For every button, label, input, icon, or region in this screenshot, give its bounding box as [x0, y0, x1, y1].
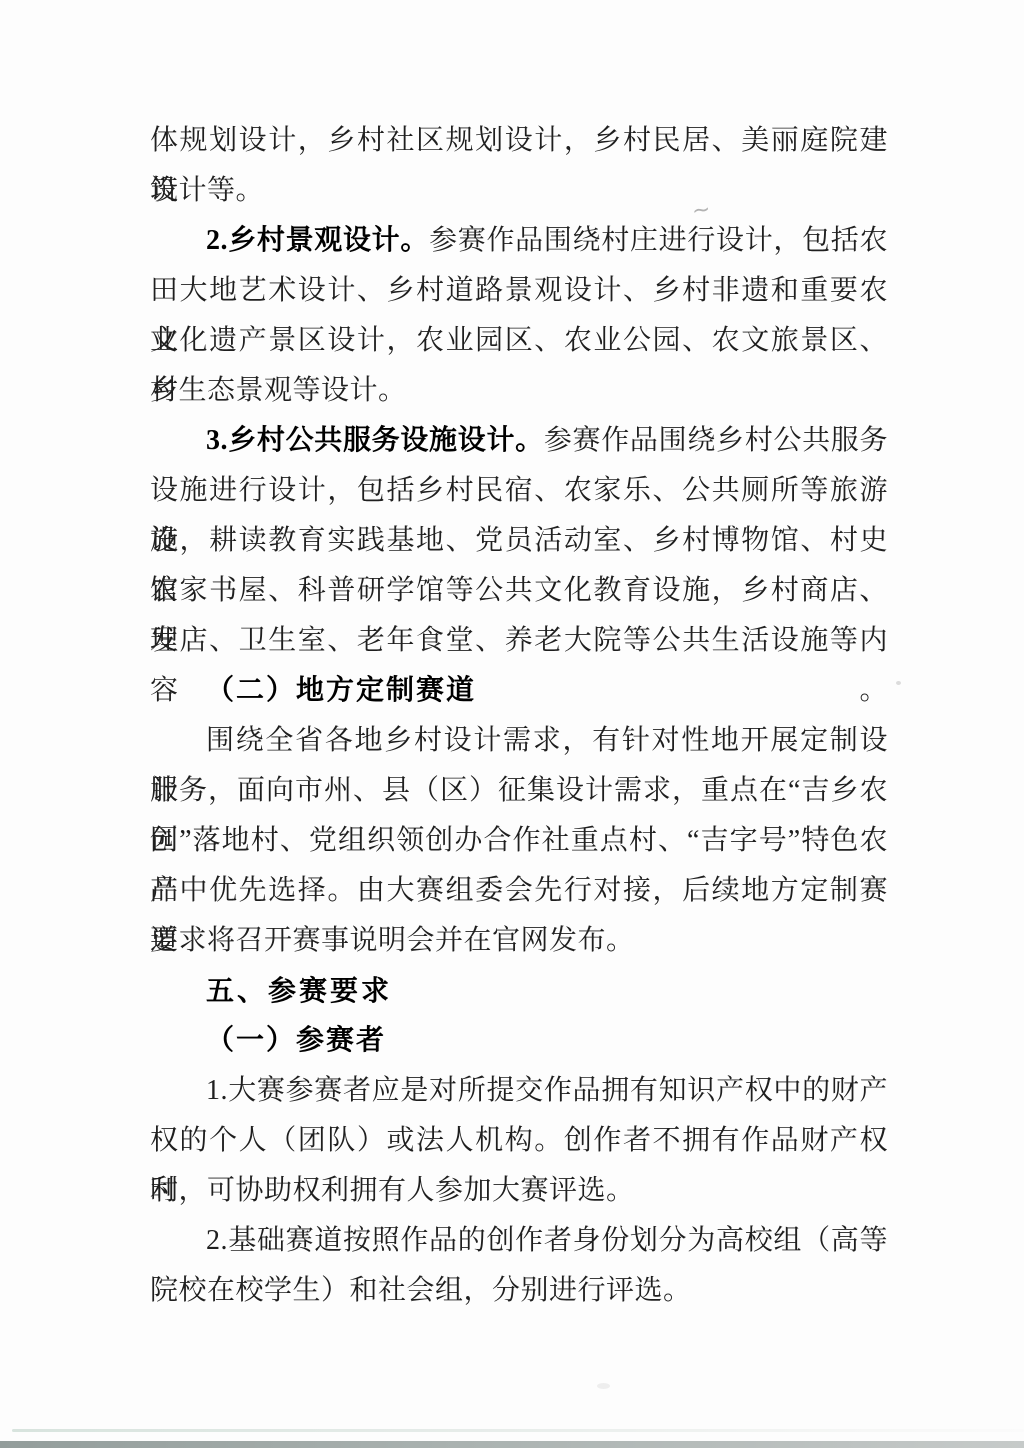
text-line: 农家书屋、科普研学馆等公共文化教育设施，乡村商店、理 — [150, 566, 888, 616]
text-line: 发店、卫生室、老年食堂、养老大院等公共生活设施等内容。 — [150, 616, 888, 666]
bold-text-segment: （二）地方定制赛道 — [206, 675, 476, 706]
bold-text-segment: 2.乡村景观设计。 — [206, 225, 429, 256]
text-line: 2.乡村景观设计。参赛作品围绕村庄进行设计，包括农 — [150, 216, 888, 266]
text-line: 围绕全省各地乡村设计需求，有针对性地开展定制设计 — [150, 716, 888, 766]
text-line: 设施进行设计，包括乡村民宿、农家乐、公共厕所等旅游设 — [150, 466, 888, 516]
text-line: 2.基础赛道按照作品的创作者身份划分为高校组（高等 — [150, 1216, 888, 1266]
bold-text-segment: 3.乡村公共服务设施设计。 — [206, 425, 544, 456]
scanner-edge-strip — [0, 1441, 1024, 1448]
text-segment: 1.大赛参赛者应是对所提交作品拥有知识产权中的财产 — [206, 1075, 888, 1106]
text-line: 3.乡村公共服务设施设计。参赛作品围绕乡村公共服务 — [150, 416, 888, 466]
text-line: 设计等。 — [150, 166, 888, 216]
text-line: 田大地艺术设计、乡村道路景观设计、乡村非遗和重要农业 — [150, 266, 888, 316]
text-line: 品中优先选择。由大赛组委会先行对接，后续地方定制赛道 — [150, 866, 888, 916]
bold-text-segment: 五、参赛要求 — [206, 975, 392, 1006]
scan-artifact-green-line — [12, 1429, 1024, 1432]
text-line: 体规划设计，乡村社区规划设计，乡村民居、美丽庭院建筑 — [150, 116, 888, 166]
text-line: 1.大赛参赛者应是对所提交作品拥有知识产权中的财产 — [150, 1066, 888, 1116]
text-segment: 参赛作品围绕村庄进行设计，包括农 — [429, 225, 888, 256]
text-line: 服务，面向市州、县（区）征集设计需求，重点在“吉乡农创 — [150, 766, 888, 816]
text-line: 院校在校学生）和社会组，分别进行评选。 — [150, 1266, 888, 1316]
text-line: 时，可协助权利拥有人参加大赛评选。 — [150, 1166, 888, 1216]
scan-artifact-smudge — [597, 1383, 610, 1389]
text-segment: 院校在校学生）和社会组，分别进行评选。 — [150, 1275, 692, 1306]
scan-artifact-speck — [896, 681, 901, 685]
text-segment: 村生态景观等设计。 — [150, 375, 407, 406]
scan-artifact-tilde-mark: ~ — [690, 197, 712, 224]
bold-text-segment: （一）参赛者 — [206, 1025, 386, 1056]
text-segment: 要求将召开赛事说明会并在官网发布。 — [150, 925, 635, 956]
text-line: （一）参赛者 — [150, 1016, 888, 1066]
scanned-document-page: 体规划设计，乡村社区规划设计，乡村民居、美丽庭院建筑设计等。2.乡村景观设计。参… — [0, 0, 1024, 1448]
text-segment: 参赛作品围绕乡村公共服务 — [544, 425, 888, 456]
document-lines: 体规划设计，乡村社区规划设计，乡村民居、美丽庭院建筑设计等。2.乡村景观设计。参… — [150, 116, 888, 1316]
text-segment: 2.基础赛道按照作品的创作者身份划分为高校组（高等 — [206, 1225, 888, 1256]
text-line: 要求将召开赛事说明会并在官网发布。 — [150, 916, 888, 966]
text-line: 权的个人（团队）或法人机构。创作者不拥有作品财产权利 — [150, 1116, 888, 1166]
text-line: 文化遗产景区设计，农业园区、农业公园、农文旅景区、乡 — [150, 316, 888, 366]
text-line: 施，耕读教育实践基地、党员活动室、乡村博物馆、村史馆、 — [150, 516, 888, 566]
text-segment: 设计等。 — [150, 175, 264, 206]
text-line: 村生态景观等设计。 — [150, 366, 888, 416]
text-segment: 时，可协助权利拥有人参加大赛评选。 — [150, 1175, 635, 1206]
text-line: 园”落地村、党组织领创办合作社重点村、“吉字号”特色农产 — [150, 816, 888, 866]
text-line: 五、参赛要求 — [150, 966, 888, 1016]
